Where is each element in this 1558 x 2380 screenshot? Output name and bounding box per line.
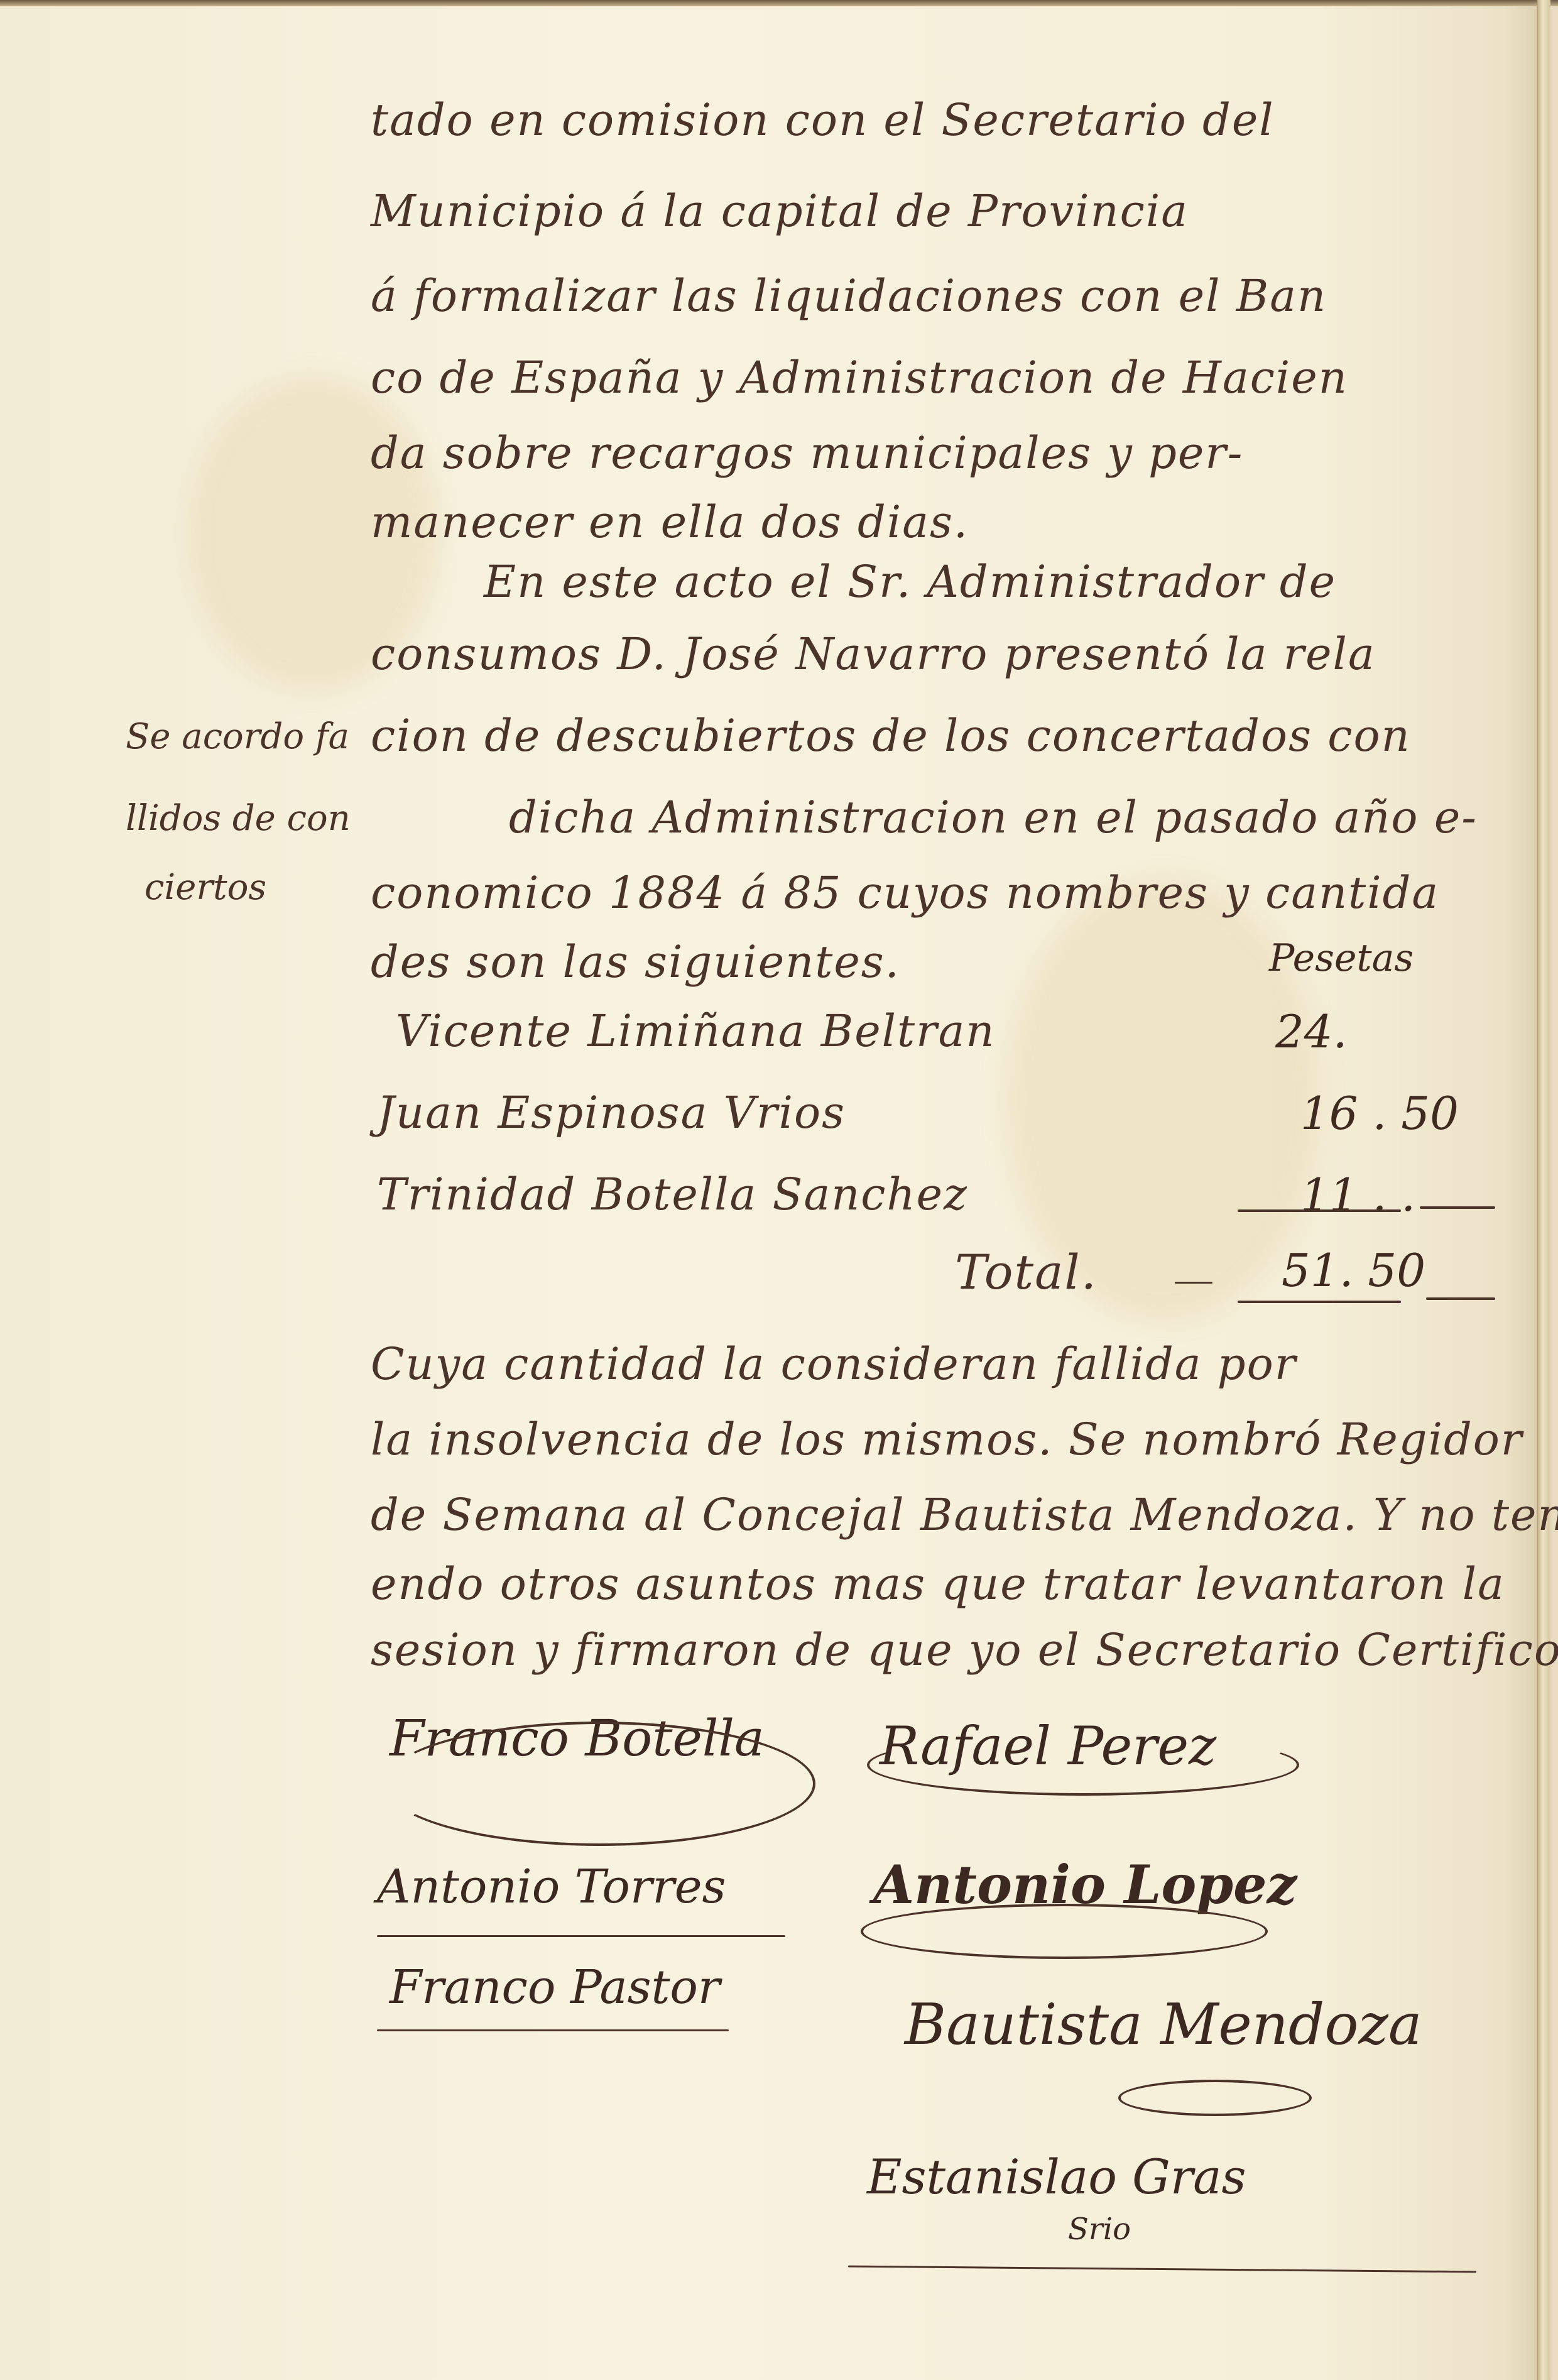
total-rule: [1238, 1301, 1401, 1303]
body-line: des son las siguientes.: [371, 936, 900, 988]
body-line: consumos D. José Navarro presentó la rel…: [371, 628, 1376, 680]
body-line: Municipio á la capital de Provincia: [371, 185, 1189, 237]
ledger-entry-name: Trinidad Botella Sanchez: [377, 1169, 968, 1220]
ledger-total-amount: 51. 50: [1282, 1244, 1425, 1297]
signature-underline: [377, 1935, 785, 1937]
closing-line: endo otros asuntos mas que tratar levant…: [371, 1558, 1505, 1610]
margin-note-line: llidos de con: [126, 798, 351, 839]
ledger-entry-name: Vicente Limiñana Beltran: [396, 1005, 995, 1057]
closing-line: sesion y firmaron de que yo el Secretari…: [371, 1624, 1558, 1676]
ledger-entry-amount: 24.: [1275, 1005, 1348, 1058]
body-line: á formalizar las liquidaciones con el Ba…: [371, 270, 1327, 322]
closing-line: de Semana al Concejal Bautista Mendoza. …: [371, 1489, 1558, 1541]
ledger-entry-amount: 11 . .: [1300, 1169, 1415, 1221]
ledger-entry-amount: 16 . 50: [1300, 1087, 1459, 1140]
body-line: tado en comision con el Secretario del: [371, 94, 1275, 146]
signature: Franco Pastor: [389, 1960, 720, 2014]
signature-title: Srio: [1068, 2212, 1131, 2247]
ledger-currency-header: Pesetas: [1269, 936, 1414, 980]
body-line: co de España y Administracion de Hacien: [371, 352, 1348, 403]
ledger-entry-name: Juan Espinosa Vrios: [377, 1087, 846, 1138]
body-line: da sobre recargos municipales y per-: [371, 427, 1243, 479]
body-line: cion de descubiertos de los concertados …: [371, 710, 1411, 761]
manuscript-page: tado en comision con el Secretario del M…: [0, 0, 1550, 2380]
signature-flourish: [861, 1904, 1268, 1959]
signature-flourish: [867, 1734, 1299, 1796]
subtotal-rule: [1238, 1209, 1401, 1212]
signature-underline: [377, 2029, 729, 2031]
total-rule: [1426, 1297, 1495, 1300]
signature-flourish: [1118, 2080, 1312, 2116]
body-line: En este acto el Sr. Administrador de: [484, 556, 1336, 608]
margin-note-line: Se acordo fa: [126, 716, 349, 757]
body-line: dicha Administracion en el pasado año e-: [509, 792, 1478, 843]
page-top-edge: [0, 0, 1558, 6]
signature-flourish: [383, 1722, 815, 1846]
page-binding-edge: [1537, 0, 1550, 2380]
body-line: manecer en ella dos dias.: [371, 496, 969, 548]
closing-line: la insolvencia de los mismos. Se nombró …: [371, 1414, 1523, 1465]
margin-note-line: ciertos: [144, 867, 266, 908]
subtotal-rule: [1420, 1206, 1495, 1209]
closing-line: Cuya cantidad la consideran fallida por: [371, 1338, 1297, 1390]
closing-rule: [848, 2266, 1476, 2273]
signature: Bautista Mendoza: [905, 1992, 1422, 2058]
signature: Antonio Torres: [377, 1860, 726, 1914]
signature: Estanislao Gras: [867, 2149, 1246, 2205]
total-dash: [1175, 1282, 1212, 1284]
body-line: conomico 1884 á 85 cuyos nombres y canti…: [371, 867, 1439, 919]
ledger-total-label: Total.: [955, 1244, 1098, 1300]
